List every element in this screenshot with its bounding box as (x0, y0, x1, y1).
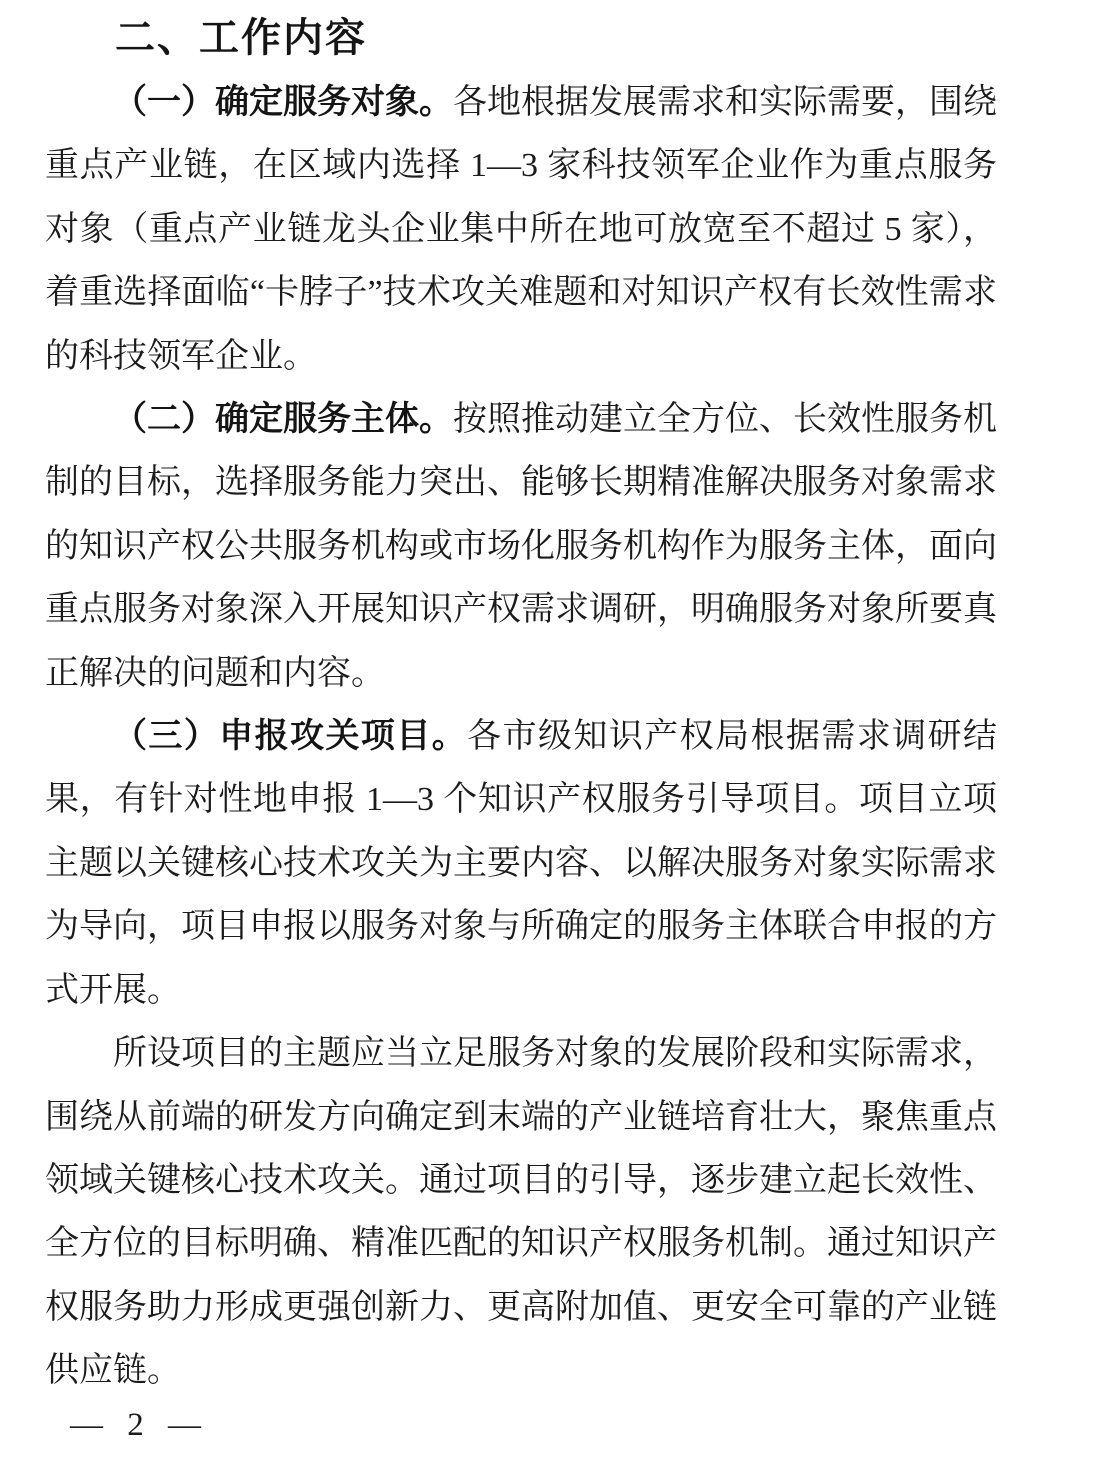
page-number: — 2 — (70, 1402, 209, 1448)
paragraph-1: （一）确定服务对象。各地根据发展需求和实际需要，围绕重点产业链，在区域内选择 1… (45, 71, 997, 388)
paragraph-1-text: 各地根据发展需求和实际需要，围绕重点产业链，在区域内选择 1—3 家科技领军企业… (45, 84, 997, 375)
paragraph-3-lead: （三）申报攻关项目。 (113, 718, 467, 755)
paragraph-2-text: 按照推动建立全方位、长效性服务机制的目标，选择服务能力突出、能够长期精准解决服务… (45, 401, 997, 692)
paragraph-4: 所设项目的主题应当立足服务对象的发展阶段和实际需求，围绕从前端的研发方向确定到末… (45, 1022, 997, 1402)
document-content: 二、工作内容 （一）确定服务对象。各地根据发展需求和实际需要，围绕重点产业链，在… (45, 6, 997, 1403)
paragraph-1-lead: （一）确定服务对象。 (113, 84, 453, 121)
paragraph-2: （二）确定服务主体。按照推动建立全方位、长效性服务机制的目标，选择服务能力突出、… (45, 388, 997, 705)
paragraph-3: （三）申报攻关项目。各市级知识产权局根据需求调研结果，有针对性地申报 1—3 个… (45, 705, 997, 1022)
section-heading: 二、工作内容 (115, 6, 997, 70)
paragraph-3-text: 各市级知识产权局根据需求调研结果，有针对性地申报 1—3 个知识产权服务引导项目… (45, 718, 997, 1009)
paragraph-2-lead: （二）确定服务主体。 (113, 401, 453, 438)
paragraph-4-text: 所设项目的主题应当立足服务对象的发展阶段和实际需求，围绕从前端的研发方向确定到末… (45, 1035, 997, 1389)
document-page: 二、工作内容 （一）确定服务对象。各地根据发展需求和实际需要，围绕重点产业链，在… (0, 0, 1096, 1460)
